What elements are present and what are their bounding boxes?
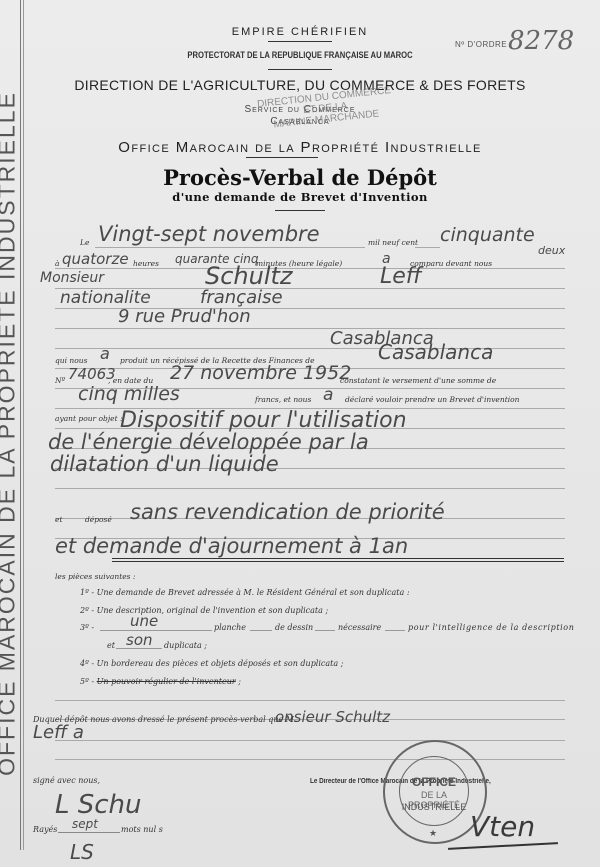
label-et: et — [55, 515, 62, 524]
form-line — [55, 740, 565, 741]
document-page: OFFICE MAROCAIN DE LA PROPRIÉTÉ INDUSTRI… — [0, 0, 600, 867]
form-line — [250, 630, 272, 631]
hw-raye-count: sept — [72, 817, 98, 831]
form-line — [55, 328, 565, 329]
ordre-label: Nº D'ORDRE — [455, 40, 507, 49]
piece-2: 2º - Une description, original de l'inve… — [80, 606, 328, 615]
hw-deposit-1: sans revendication de priorité — [130, 500, 445, 524]
hw-deposit-2: et demande d'ajournement à 1an — [55, 534, 408, 558]
piece-3-et: et — [107, 641, 115, 650]
director-signature: Vten — [470, 810, 535, 843]
label-le: Le — [80, 238, 89, 247]
piece-3-planche: planche — [214, 623, 246, 632]
hw-nationality: française — [200, 287, 283, 308]
label-qui-nous: qui nous — [55, 356, 87, 365]
hw-receipt-no: 74063 — [68, 365, 116, 383]
hw-monsieur: Monsieur — [40, 270, 104, 286]
hw-duplicata-qty: son — [126, 631, 153, 649]
applicant-signature: L Schu — [55, 790, 142, 820]
label-pieces: les pièces suivantes : — [55, 572, 135, 581]
star-icon: ★ — [429, 828, 437, 839]
header-divider — [268, 69, 332, 70]
form-line — [100, 630, 212, 631]
hw-amount: cinq milles — [78, 383, 180, 405]
double-underline — [112, 561, 564, 562]
hw-firstname: Leff — [380, 264, 422, 289]
hw-proces-name-1: onsieur Schultz — [275, 708, 390, 726]
form-line — [55, 759, 565, 760]
piece-3-num: 3º - — [80, 623, 94, 632]
margin-rule — [23, 0, 24, 850]
hw-recette-city: Casablanca — [378, 340, 493, 364]
hw-receipt-date: 27 novembre 1952 — [170, 362, 351, 384]
header-office: Office Marocain de la Propriété Industri… — [0, 139, 600, 156]
hw-name: Schultz — [205, 262, 293, 290]
label-raye: Rayés — [33, 825, 57, 834]
hw-year-1: cinquante — [440, 224, 535, 246]
ordre-number: 8278 — [508, 26, 574, 56]
form-line — [385, 630, 405, 631]
raye-initials: LS — [70, 840, 94, 864]
header-direction: DIRECTION DE L'AGRICULTURE, DU COMMERCE … — [0, 77, 600, 93]
double-underline — [112, 558, 564, 559]
label-no: Nº — [55, 376, 65, 385]
piece-1: 1º - Une demande de Brevet adressée à M.… — [80, 588, 410, 597]
label-declare: déclaré vouloir prendre un Brevet d'inve… — [345, 395, 519, 404]
hw-nous-a: a — [323, 385, 333, 405]
piece-3-dessin: de dessin — [275, 623, 313, 632]
label-heures: heures — [133, 259, 159, 268]
underline-la — [246, 157, 318, 158]
form-line — [55, 488, 565, 489]
hw-day-month: Vingt-sept novembre — [98, 222, 320, 246]
hw-address: 9 rue Prud'hon — [118, 306, 251, 327]
piece-3-duplicata: duplicata ; — [164, 641, 207, 650]
form-line — [415, 247, 440, 248]
hw-object-3: dilatation d'un liquide — [50, 452, 279, 476]
label-a: à — [55, 259, 59, 268]
page-title: Procès-Verbal de Dépôt — [0, 165, 600, 190]
label-mil-neuf-cent: mil neuf cent — [368, 238, 418, 247]
hw-object-2: de l'énergie développée par la — [48, 430, 369, 454]
form-line — [315, 630, 335, 631]
label-ayant-pour-objet: ayant pour objet : — [55, 414, 123, 423]
seal-inner-ring: OFFICE DE LA PROPRIÉTÉ INDUSTRIELLE — [399, 756, 469, 826]
form-line — [58, 832, 120, 833]
piece-4: 4º - Un bordereau des pièces et objets d… — [80, 659, 343, 668]
form-line — [55, 268, 565, 269]
label-depose: déposé — [85, 515, 112, 524]
hw-proces-name-2: Leff a — [33, 722, 84, 743]
form-line — [55, 700, 565, 701]
signature-stroke — [448, 842, 558, 850]
piece-5: 5º - Un pouvoir régulier de l'inventeur … — [80, 677, 241, 686]
piece-3-necessaire: nécessaire — [338, 623, 381, 632]
hw-qui-nous-a: a — [100, 344, 110, 363]
hw-nationality-label: nationalite — [60, 288, 151, 308]
form-line — [95, 247, 365, 248]
header-protectorat: PROTECTORAT DE LA REPUBLIQUE FRANÇAISE A… — [45, 50, 555, 60]
piece-3-pour: pour l'intelligence de la description — [408, 623, 574, 632]
header-divider — [268, 41, 332, 42]
label-mots-nul: mots nul s — [121, 825, 163, 834]
page-subtitle: d'une demande de Brevet d'Invention — [0, 190, 600, 204]
hw-planche-qty: une — [130, 612, 158, 630]
hw-year-2: deux — [538, 244, 565, 257]
label-francs: francs, et nous — [255, 395, 311, 404]
label-signe: signé avec nous, — [33, 776, 100, 785]
hw-hour: quatorze — [62, 250, 129, 268]
side-margin-text: OFFICE MAROCAIN DE LA PROPRIÉTÉ INDUSTRI… — [0, 9, 21, 859]
label-constatant: constatant le versement d'une somme de — [340, 376, 496, 385]
label-comparu: comparu devant nous — [410, 259, 492, 268]
title-divider — [275, 210, 325, 211]
